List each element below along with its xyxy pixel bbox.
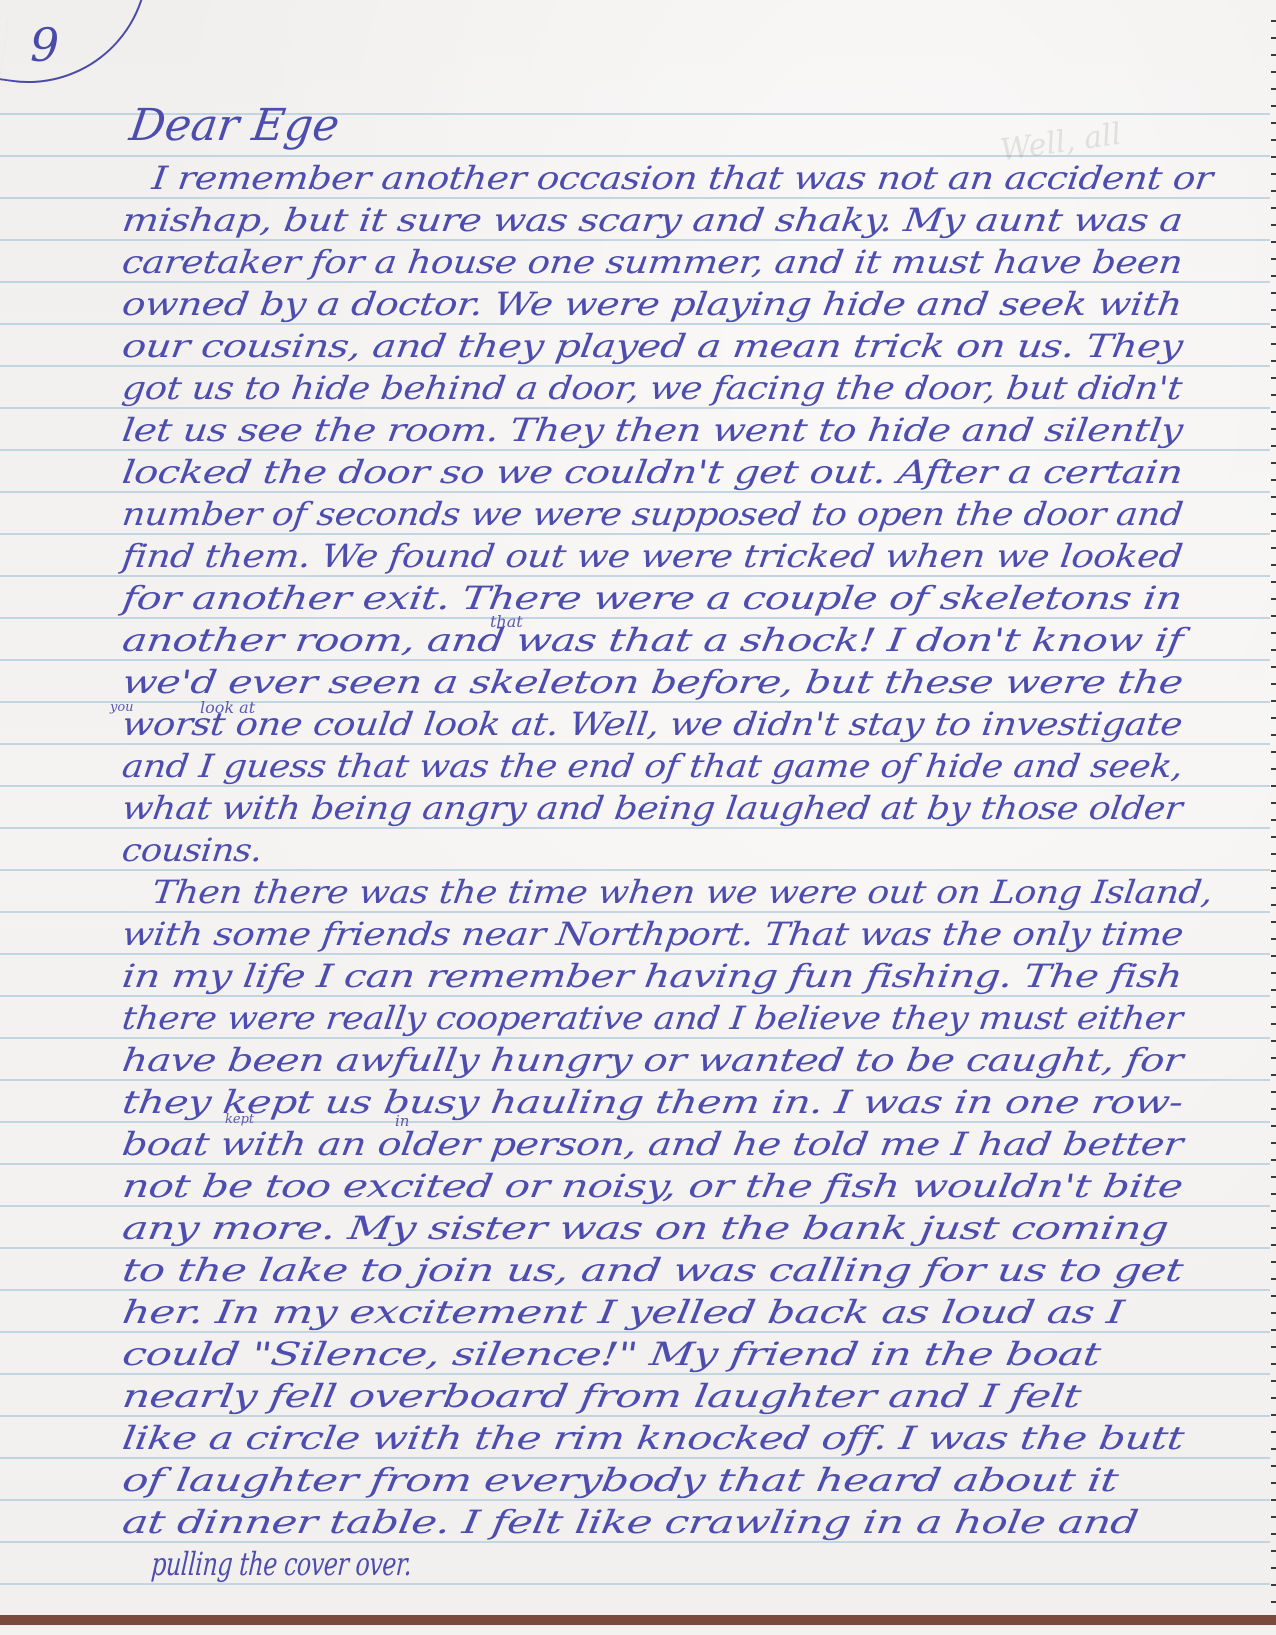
binding-tick <box>1271 1057 1276 1059</box>
binding-tick <box>1271 71 1276 73</box>
binding-tick <box>1271 1040 1276 1042</box>
ruled-line <box>0 1205 1270 1207</box>
letter-line: have been awfully hungry or wanted to be… <box>120 1041 1185 1079</box>
letter-line: any more. My sister was on the bank just… <box>120 1209 1171 1247</box>
letter-line: another room, and was that a shock! I do… <box>120 621 1185 659</box>
page-number: 9 <box>30 18 59 72</box>
binding-tick <box>1271 1210 1276 1212</box>
letter-line: caretaker for a house one summer, and it… <box>120 243 1184 281</box>
ruled-line <box>0 365 1270 367</box>
binding-tick <box>1271 207 1276 209</box>
letter-line: pulling the cover over. <box>150 1545 413 1583</box>
binding-tick <box>1271 870 1276 872</box>
binding-tick <box>1271 428 1276 430</box>
ruled-line <box>0 953 1270 955</box>
binding-tick <box>1271 275 1276 277</box>
insertion-kept: kept <box>225 1112 254 1127</box>
binding-tick <box>1271 581 1276 583</box>
letter-line: number of seconds we were supposed to op… <box>120 495 1185 533</box>
binding-tick <box>1271 394 1276 396</box>
insertion-in: in <box>395 1112 409 1130</box>
binding-tick <box>1271 1499 1276 1501</box>
binding-tick <box>1271 1380 1276 1382</box>
letter-line: cousins. <box>120 831 264 869</box>
binding-tick <box>1271 1482 1276 1484</box>
binding-tick <box>1271 1363 1276 1365</box>
binding-tick <box>1271 785 1276 787</box>
binding-tick <box>1271 445 1276 447</box>
binding-tick <box>1271 1431 1276 1433</box>
binding-tick <box>1271 1006 1276 1008</box>
ruled-line <box>0 281 1270 283</box>
binding-tick <box>1271 411 1276 413</box>
binding-tick <box>1271 1533 1276 1535</box>
binding-tick <box>1271 105 1276 107</box>
binding-tick <box>1271 1023 1276 1025</box>
letter-line: our cousins, and they played a mean tric… <box>120 327 1185 365</box>
letter-line: they kept us busy hauling them in. I was… <box>120 1083 1185 1121</box>
binding-tick <box>1271 904 1276 906</box>
ruled-line <box>0 701 1270 703</box>
ruled-line <box>0 1415 1270 1417</box>
binding-tick <box>1271 1074 1276 1076</box>
letter-line: I remember another occasion that was not… <box>150 159 1215 197</box>
ruled-line <box>0 239 1270 241</box>
ruled-line <box>0 1163 1270 1165</box>
binding-tick <box>1271 1244 1276 1246</box>
binding-tick <box>1271 1176 1276 1178</box>
binding-tick <box>1271 1346 1276 1348</box>
binding-tick <box>1271 768 1276 770</box>
binding-tick <box>1271 632 1276 634</box>
ruled-line <box>0 1541 1270 1543</box>
binding-tick <box>1271 190 1276 192</box>
binding-tick <box>1271 1414 1276 1416</box>
binding-tick <box>1271 54 1276 56</box>
binding-tick <box>1271 1295 1276 1297</box>
binding-tick <box>1271 1125 1276 1127</box>
binding-tick <box>1271 751 1276 753</box>
binding-tick <box>1271 1448 1276 1450</box>
letter-line: of laughter from everybody that heard ab… <box>120 1461 1120 1499</box>
binding-tick <box>1271 1550 1276 1552</box>
binding-tick <box>1271 887 1276 889</box>
letter-line: at dinner table. I felt like crawling in… <box>120 1503 1140 1541</box>
binding-tick <box>1271 258 1276 260</box>
binding-tick <box>1271 360 1276 362</box>
letter-line: we'd ever seen a skeleton before, but th… <box>120 663 1185 701</box>
letter-line: Then there was the time when we were out… <box>150 873 1214 911</box>
letter-line: could "Silence, silence!" My friend in t… <box>120 1335 1103 1373</box>
binding-tick <box>1271 1159 1276 1161</box>
binding-tick <box>1271 326 1276 328</box>
letter-line: like a circle with the rim knocked off. … <box>120 1419 1186 1457</box>
lined-paper-sheet: Well, all 9 Dear Ege I remember another … <box>0 0 1276 1625</box>
letter-line: there were really cooperative and I beli… <box>120 999 1184 1037</box>
binding-tick <box>1271 309 1276 311</box>
binding-tick <box>1271 462 1276 464</box>
binding-tick <box>1271 37 1276 39</box>
ruled-line <box>0 617 1270 619</box>
ruled-line <box>0 323 1270 325</box>
letter-line: boat with an older person, and he told m… <box>120 1125 1185 1163</box>
binding-tick <box>1271 649 1276 651</box>
binding-tick <box>1271 139 1276 141</box>
ruled-line <box>0 995 1270 997</box>
ruled-line <box>0 659 1270 661</box>
binding-tick <box>1271 1329 1276 1331</box>
binding-tick <box>1271 88 1276 90</box>
binding-tick <box>1271 1261 1276 1263</box>
binding-tick <box>1271 666 1276 668</box>
binding-tick <box>1271 224 1276 226</box>
ruled-line <box>0 491 1270 493</box>
ruled-line <box>0 533 1270 535</box>
binding-tick <box>1271 1516 1276 1518</box>
letter-line: got us to hide behind a door, we facing … <box>120 369 1184 407</box>
binding-tick <box>1271 853 1276 855</box>
binding-tick <box>1271 122 1276 124</box>
binding-tick <box>1271 343 1276 345</box>
binding-tick <box>1271 1397 1276 1399</box>
binding-tick <box>1271 989 1276 991</box>
binding-tick <box>1271 1193 1276 1195</box>
binding-tick <box>1271 496 1276 498</box>
letter-line: not be too excited or noisy, or the fish… <box>120 1167 1185 1205</box>
ruled-line <box>0 1121 1270 1123</box>
letter-line: worst one could look at. Well, we didn't… <box>120 705 1184 743</box>
letter-line: her. In my excitement I yelled back as l… <box>120 1293 1126 1331</box>
page-number-circle <box>0 0 148 99</box>
binding-tick <box>1271 530 1276 532</box>
binding-tick <box>1271 802 1276 804</box>
ruled-line <box>0 1373 1270 1375</box>
binding-tick <box>1271 683 1276 685</box>
binding-tick <box>1271 955 1276 957</box>
binding-tick <box>1271 1091 1276 1093</box>
ruled-line <box>0 785 1270 787</box>
letter-line: in my life I can remember having fun fis… <box>120 957 1184 995</box>
ruled-line <box>0 449 1270 451</box>
letter-line: find them. We found out we were tricked … <box>120 537 1185 575</box>
binding-tick <box>1271 1567 1276 1569</box>
binding-tick <box>1271 1601 1276 1603</box>
ruled-line <box>0 1037 1270 1039</box>
insertion-you: you <box>110 700 134 715</box>
binding-tick <box>1271 1465 1276 1467</box>
binding-tick <box>1271 377 1276 379</box>
ruled-line <box>0 1331 1270 1333</box>
insertion-look-at: look at <box>200 698 255 717</box>
binding-tick <box>1271 734 1276 736</box>
ruled-line <box>0 827 1270 829</box>
ruled-line <box>0 1289 1270 1291</box>
binding-tick <box>1271 156 1276 158</box>
binding-tick <box>1271 819 1276 821</box>
binding-tick <box>1271 564 1276 566</box>
letter-line: with some friends near Northport. That w… <box>120 915 1185 953</box>
letter-line: for another exit. There were a couple of… <box>120 579 1184 617</box>
binding-tick <box>1271 292 1276 294</box>
letter-line: mishap, but it sure was scary and shaky.… <box>120 201 1185 239</box>
binding-tick <box>1271 615 1276 617</box>
binding-tick <box>1271 241 1276 243</box>
letter-line: what with being angry and being laughed … <box>120 789 1184 827</box>
insertion-that: that <box>490 612 523 631</box>
letter-line: let us see the room. They then went to h… <box>120 411 1185 449</box>
binding-tick <box>1271 598 1276 600</box>
binding-tick <box>1271 173 1276 175</box>
letter-line: to the lake to join us, and was calling … <box>120 1251 1185 1289</box>
ruled-line <box>0 407 1270 409</box>
ruled-line <box>0 911 1270 913</box>
binding-tick <box>1271 20 1276 22</box>
binding-tick <box>1271 1312 1276 1314</box>
letter-line: nearly fell overboard from laughter and … <box>120 1377 1083 1415</box>
ruled-line <box>0 869 1270 871</box>
binding-tick <box>1271 1108 1276 1110</box>
binding-tick <box>1271 836 1276 838</box>
binding-tick <box>1271 1142 1276 1144</box>
salutation: Dear Ege <box>126 100 342 151</box>
binding-tick <box>1271 972 1276 974</box>
binding-tick <box>1271 1278 1276 1280</box>
binding-tick <box>1271 479 1276 481</box>
ruled-line <box>0 1079 1270 1081</box>
binding-tick <box>1271 921 1276 923</box>
ruled-line <box>0 1247 1270 1249</box>
binding-tick <box>1271 1227 1276 1229</box>
binding-tick <box>1271 938 1276 940</box>
paper-bottom-edge <box>0 1615 1276 1625</box>
binding-tick <box>1271 1584 1276 1586</box>
ruled-line <box>0 1499 1270 1501</box>
letter-line: owned by a doctor. We were playing hide … <box>120 285 1184 323</box>
ruled-line <box>0 197 1270 199</box>
binding-tick <box>1271 700 1276 702</box>
ruled-line <box>0 743 1270 745</box>
binding-tick <box>1271 547 1276 549</box>
ruled-line <box>0 1583 1270 1585</box>
ruled-line <box>0 575 1270 577</box>
binding-tick <box>1271 513 1276 515</box>
letter-line: and I guess that was the end of that gam… <box>120 747 1185 785</box>
ruled-line <box>0 1457 1270 1459</box>
binding-tick <box>1271 717 1276 719</box>
letter-line: locked the door so we couldn't get out. … <box>120 453 1185 491</box>
